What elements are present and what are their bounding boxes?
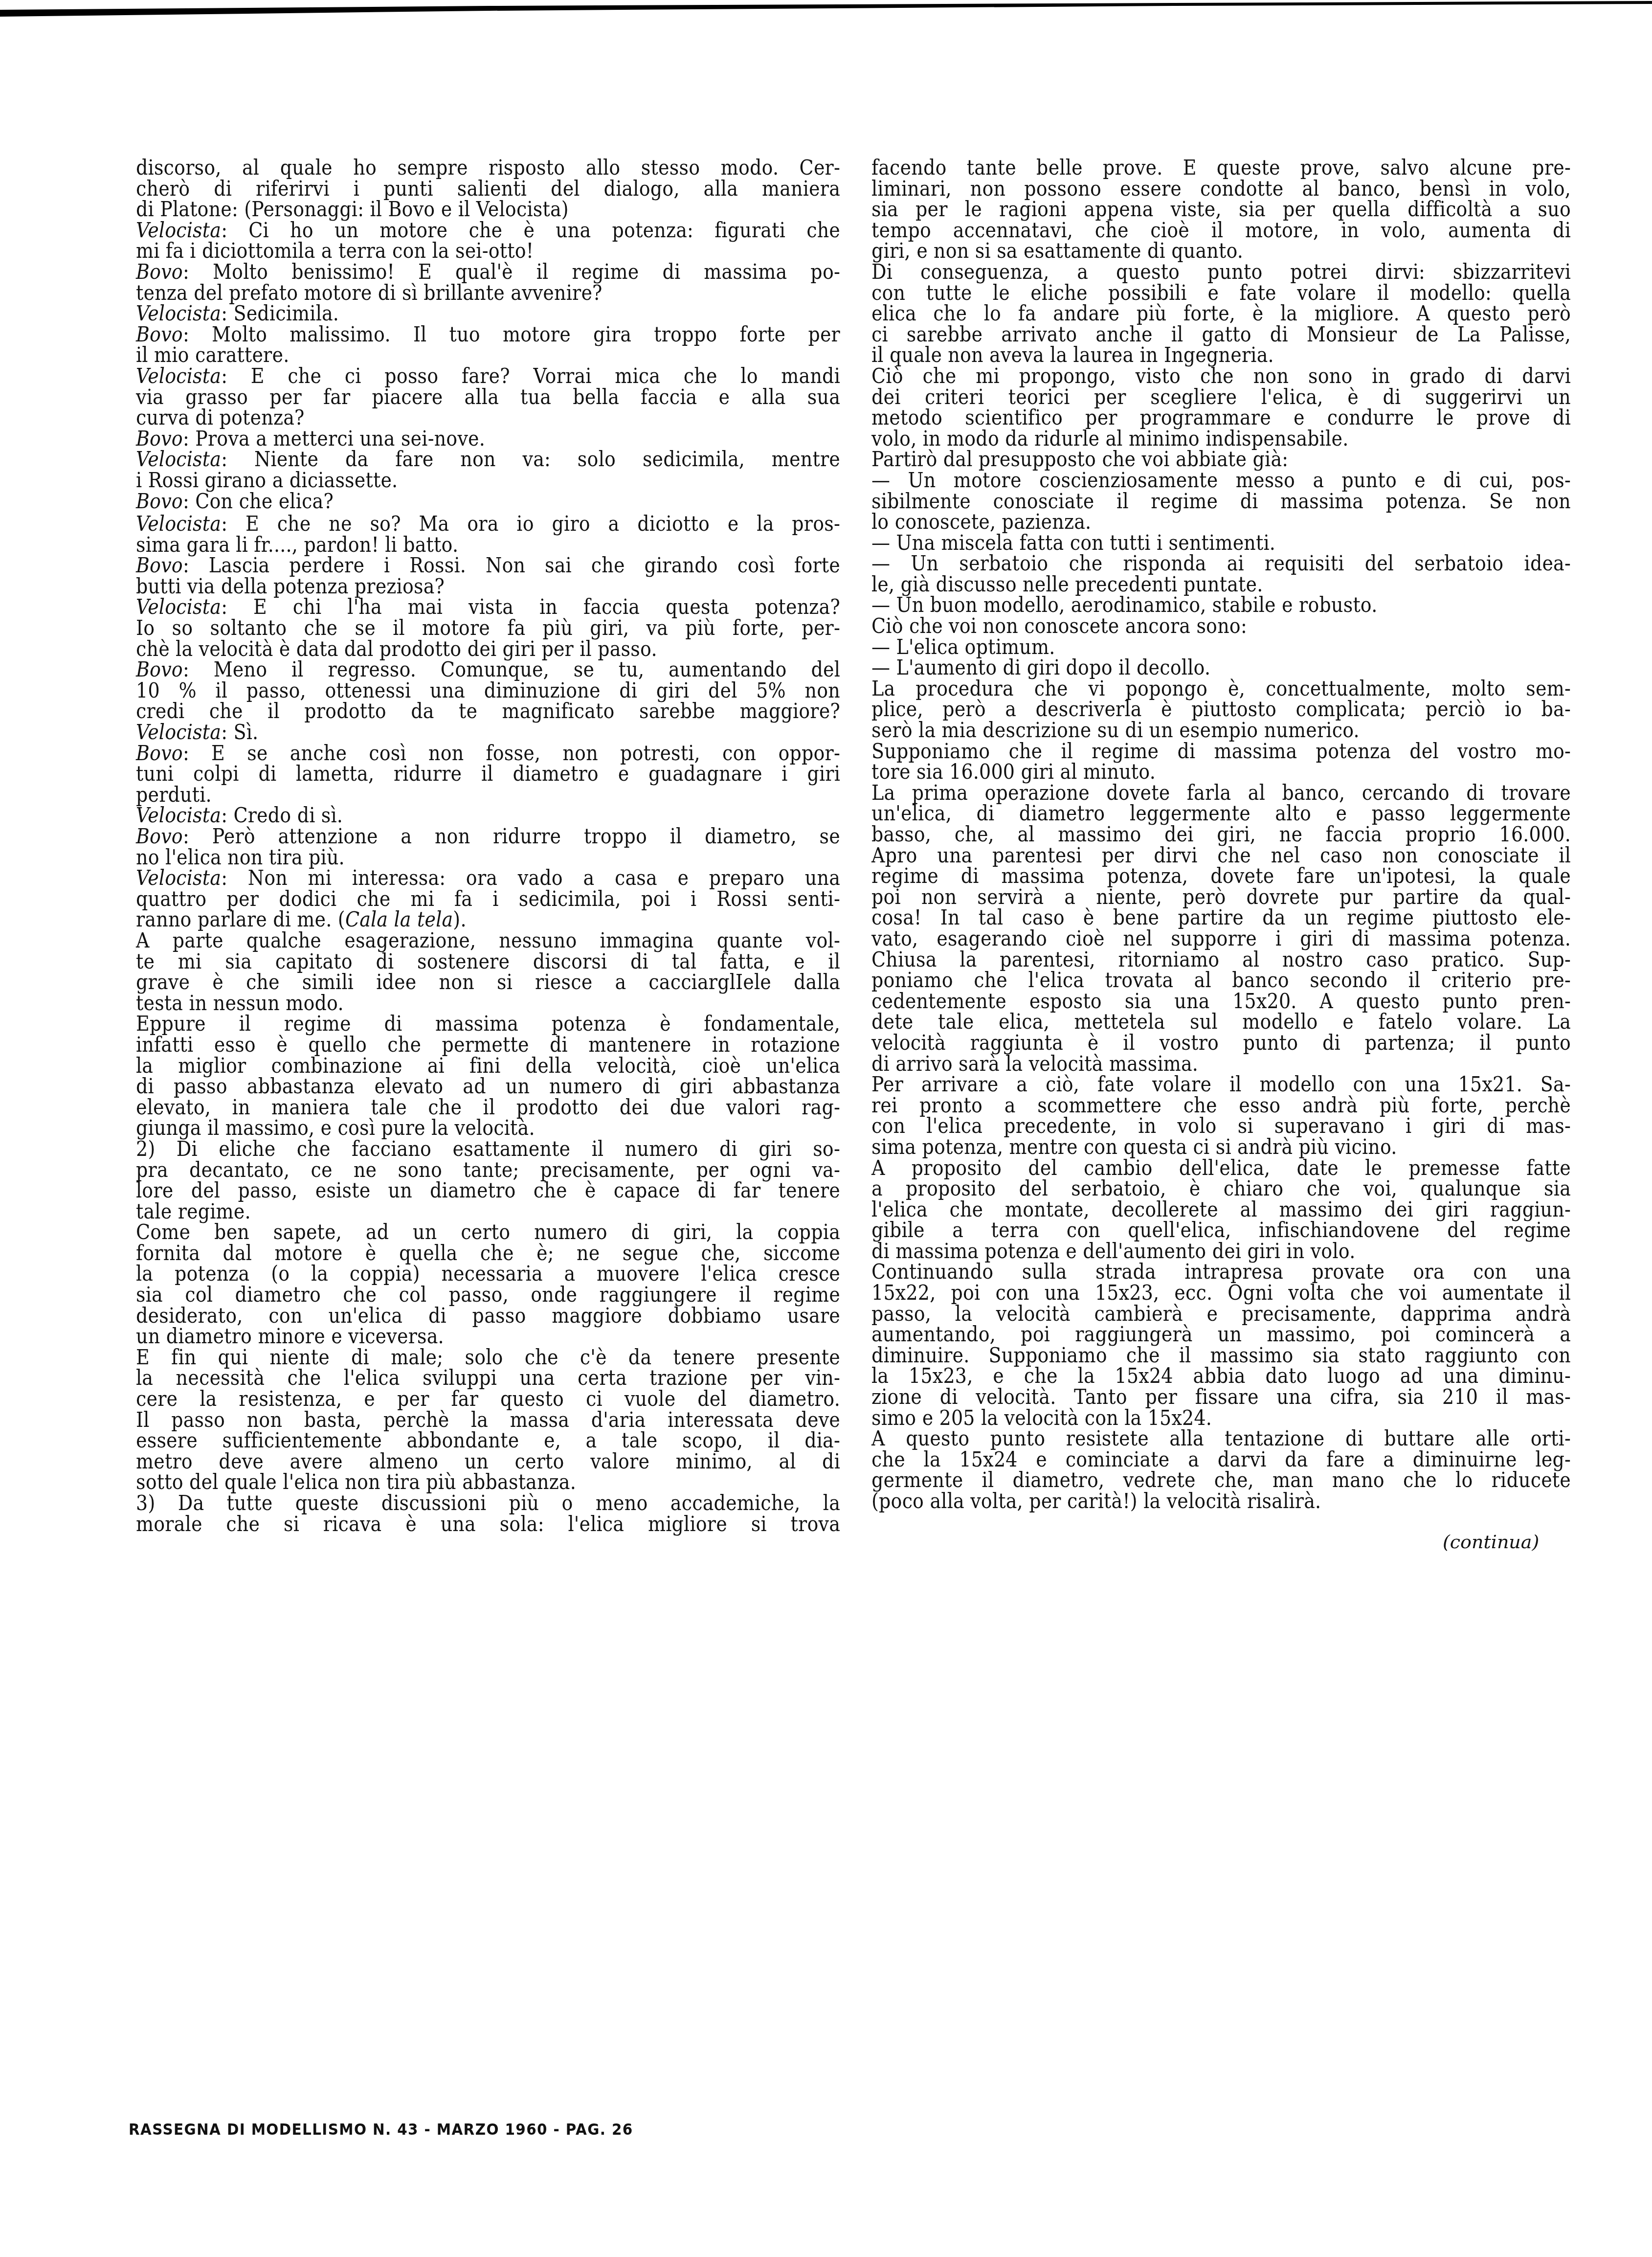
- text-line: gibile a terra con quell'elica, infischi…: [871, 1219, 1571, 1242]
- text-line: di passo abbastanza elevato ad un numero…: [136, 1075, 840, 1098]
- text-line: — Un serbatoio che risponda ai requisiti…: [871, 552, 1571, 575]
- text-line: Bovo: Meno il regresso. Comunque, se tu,…: [136, 658, 840, 681]
- text-line: Bovo: Molto benissimo! E qual'è il regim…: [136, 260, 840, 284]
- text-line: Io so soltanto che se il motore fa più g…: [136, 616, 840, 640]
- text-line: (poco alla volta, per carità!) la veloci…: [871, 1490, 1571, 1513]
- text-line: poniamo che l'elica trovata al banco sec…: [871, 969, 1571, 992]
- text-line: Bovo: Lascia perdere i Rossi. Non sai ch…: [136, 554, 840, 577]
- text-line: Bovo: Con che elica?: [136, 489, 840, 513]
- text-line: lore del passo, esiste un diametro che è…: [136, 1179, 840, 1202]
- speaker-name: Velocista: [136, 512, 221, 536]
- text-line: serò la mia descrizione su di un esempio…: [871, 719, 1571, 742]
- text-line: Velocista: Sì.: [136, 721, 840, 744]
- text-line: cere la resistenza, e per far questo ci …: [136, 1387, 840, 1411]
- text-line: A parte qualche esagerazione, nessuno im…: [136, 929, 840, 952]
- text-line: aumentando, poi raggiungerà un massimo, …: [871, 1323, 1571, 1346]
- article-right-column: facendo tante belle prove. E queste prov…: [871, 158, 1571, 1512]
- text-line: — Un motore coscienziosamente messo a pu…: [871, 469, 1571, 492]
- text-line: A questo punto resistete alla tentazione…: [871, 1427, 1571, 1450]
- speaker-name: Bovo: [136, 260, 183, 284]
- text-line: metodo scientifico per programmare e con…: [871, 406, 1571, 429]
- text-line: Ciò che mi propongo, visto che non sono …: [871, 364, 1571, 388]
- scan-border: [0, 0, 1652, 20]
- text-line: lo conoscete, pazienza.: [871, 510, 1571, 534]
- text-line: — L'aumento di giri dopo il decollo.: [871, 656, 1571, 679]
- text-line: zione di velocità. Tanto per fissare una…: [871, 1385, 1571, 1409]
- text-line: il quale non aveva la laurea in Ingegner…: [871, 343, 1571, 367]
- text-line: tore sia 16.000 giri al minuto.: [871, 760, 1571, 784]
- text-line: regime di massima potenza, dovete fare u…: [871, 864, 1571, 888]
- text-line: Come ben sapete, ad un certo numero di g…: [136, 1220, 840, 1244]
- text-line: elica che lo fa andare più forte, è la m…: [871, 302, 1571, 325]
- text-line: Bovo: Però attenzione a non ridurre trop…: [136, 825, 840, 848]
- text-line: sima potenza, mentre con questa ci si an…: [871, 1135, 1571, 1159]
- text-line: con l'elica precedente, in volo si super…: [871, 1114, 1571, 1138]
- text-line: dete tale elica, mettetela sul modello e…: [871, 1010, 1571, 1034]
- text-line: a proposito del serbatoio, è chiaro che …: [871, 1177, 1571, 1200]
- text-line: basso, che, al massimo dei giri, ne facc…: [871, 823, 1571, 846]
- text-line: 3) Da tutte queste discussioni più o men…: [136, 1491, 840, 1515]
- text-line: discorso, al quale ho sempre risposto al…: [136, 156, 840, 180]
- text-line: Eppure il regime di massima potenza è fo…: [136, 1012, 840, 1036]
- continued-marker: (continua): [1443, 1531, 1539, 1553]
- text-line: Velocista: E che ne so? Ma ora io giro a…: [136, 512, 840, 536]
- text-line: infatti esso è quello che permette di ma…: [136, 1033, 840, 1057]
- text-line: vato, esagerando cioè nel supporre i gir…: [871, 927, 1571, 950]
- text-line: facendo tante belle prove. E queste prov…: [871, 156, 1571, 180]
- text-line: il mio carattere.: [136, 343, 840, 367]
- text-line: 2) Di eliche che facciano esattamente il…: [136, 1137, 840, 1161]
- speaker-name: Velocista: [136, 364, 221, 388]
- text-line: Partirò dal presupposto che voi abbiate …: [871, 448, 1571, 471]
- text-line: Di conseguenza, a questo punto potrei di…: [871, 260, 1571, 284]
- text-line: curva di potenza?: [136, 406, 840, 429]
- text-line: Velocista: Niente da fare non va: solo s…: [136, 448, 840, 471]
- text-line: morale che si ricava è una sola: l'elica…: [136, 1512, 840, 1536]
- text-line: giunga il massimo, e così pure la veloci…: [136, 1116, 840, 1140]
- text-line: tuni colpi di lametta, ridurre il diamet…: [136, 762, 840, 786]
- text-line: un diametro minore e viceversa.: [136, 1325, 840, 1348]
- text-line: grave è che simili idee non si riesce a …: [136, 971, 840, 994]
- text-line: essere sufficientemente abbondante e, a …: [136, 1429, 840, 1452]
- text-line: Velocista: E che ci posso fare? Vorrai m…: [136, 364, 840, 388]
- article-left-column: discorso, al quale ho sempre risposto al…: [136, 158, 840, 1535]
- text-line: Velocista: Sedicimila.: [136, 302, 840, 325]
- text-line: Per arrivare a ciò, fate volare il model…: [871, 1073, 1571, 1096]
- speaker-name: Velocista: [136, 720, 221, 744]
- text-line: i Rossi girano a diciassette.: [136, 469, 840, 492]
- text-line: sia per le ragioni appena viste, sia per…: [871, 198, 1571, 221]
- text-line: sia col diametro che col passo, onde rag…: [136, 1283, 840, 1307]
- text-line: Ciò che voi non conoscete ancora sono:: [871, 614, 1571, 638]
- text-line: di Platone: (Personaggi: il Bovo e il Ve…: [136, 198, 840, 221]
- speaker-name: Bovo: [136, 824, 183, 848]
- text-line: velocità raggiunta è il vostro punto di …: [871, 1031, 1571, 1055]
- page-footer: RASSEGNA DI MODELLISMO N. 43 - MARZO 196…: [129, 2120, 633, 2139]
- speaker-name: Bovo: [136, 489, 183, 513]
- text-line: Velocista: Non mi interessa: ora vado a …: [136, 866, 840, 890]
- text-line: 15x22, poi con una 15x23, ecc. Ogni volt…: [871, 1281, 1571, 1305]
